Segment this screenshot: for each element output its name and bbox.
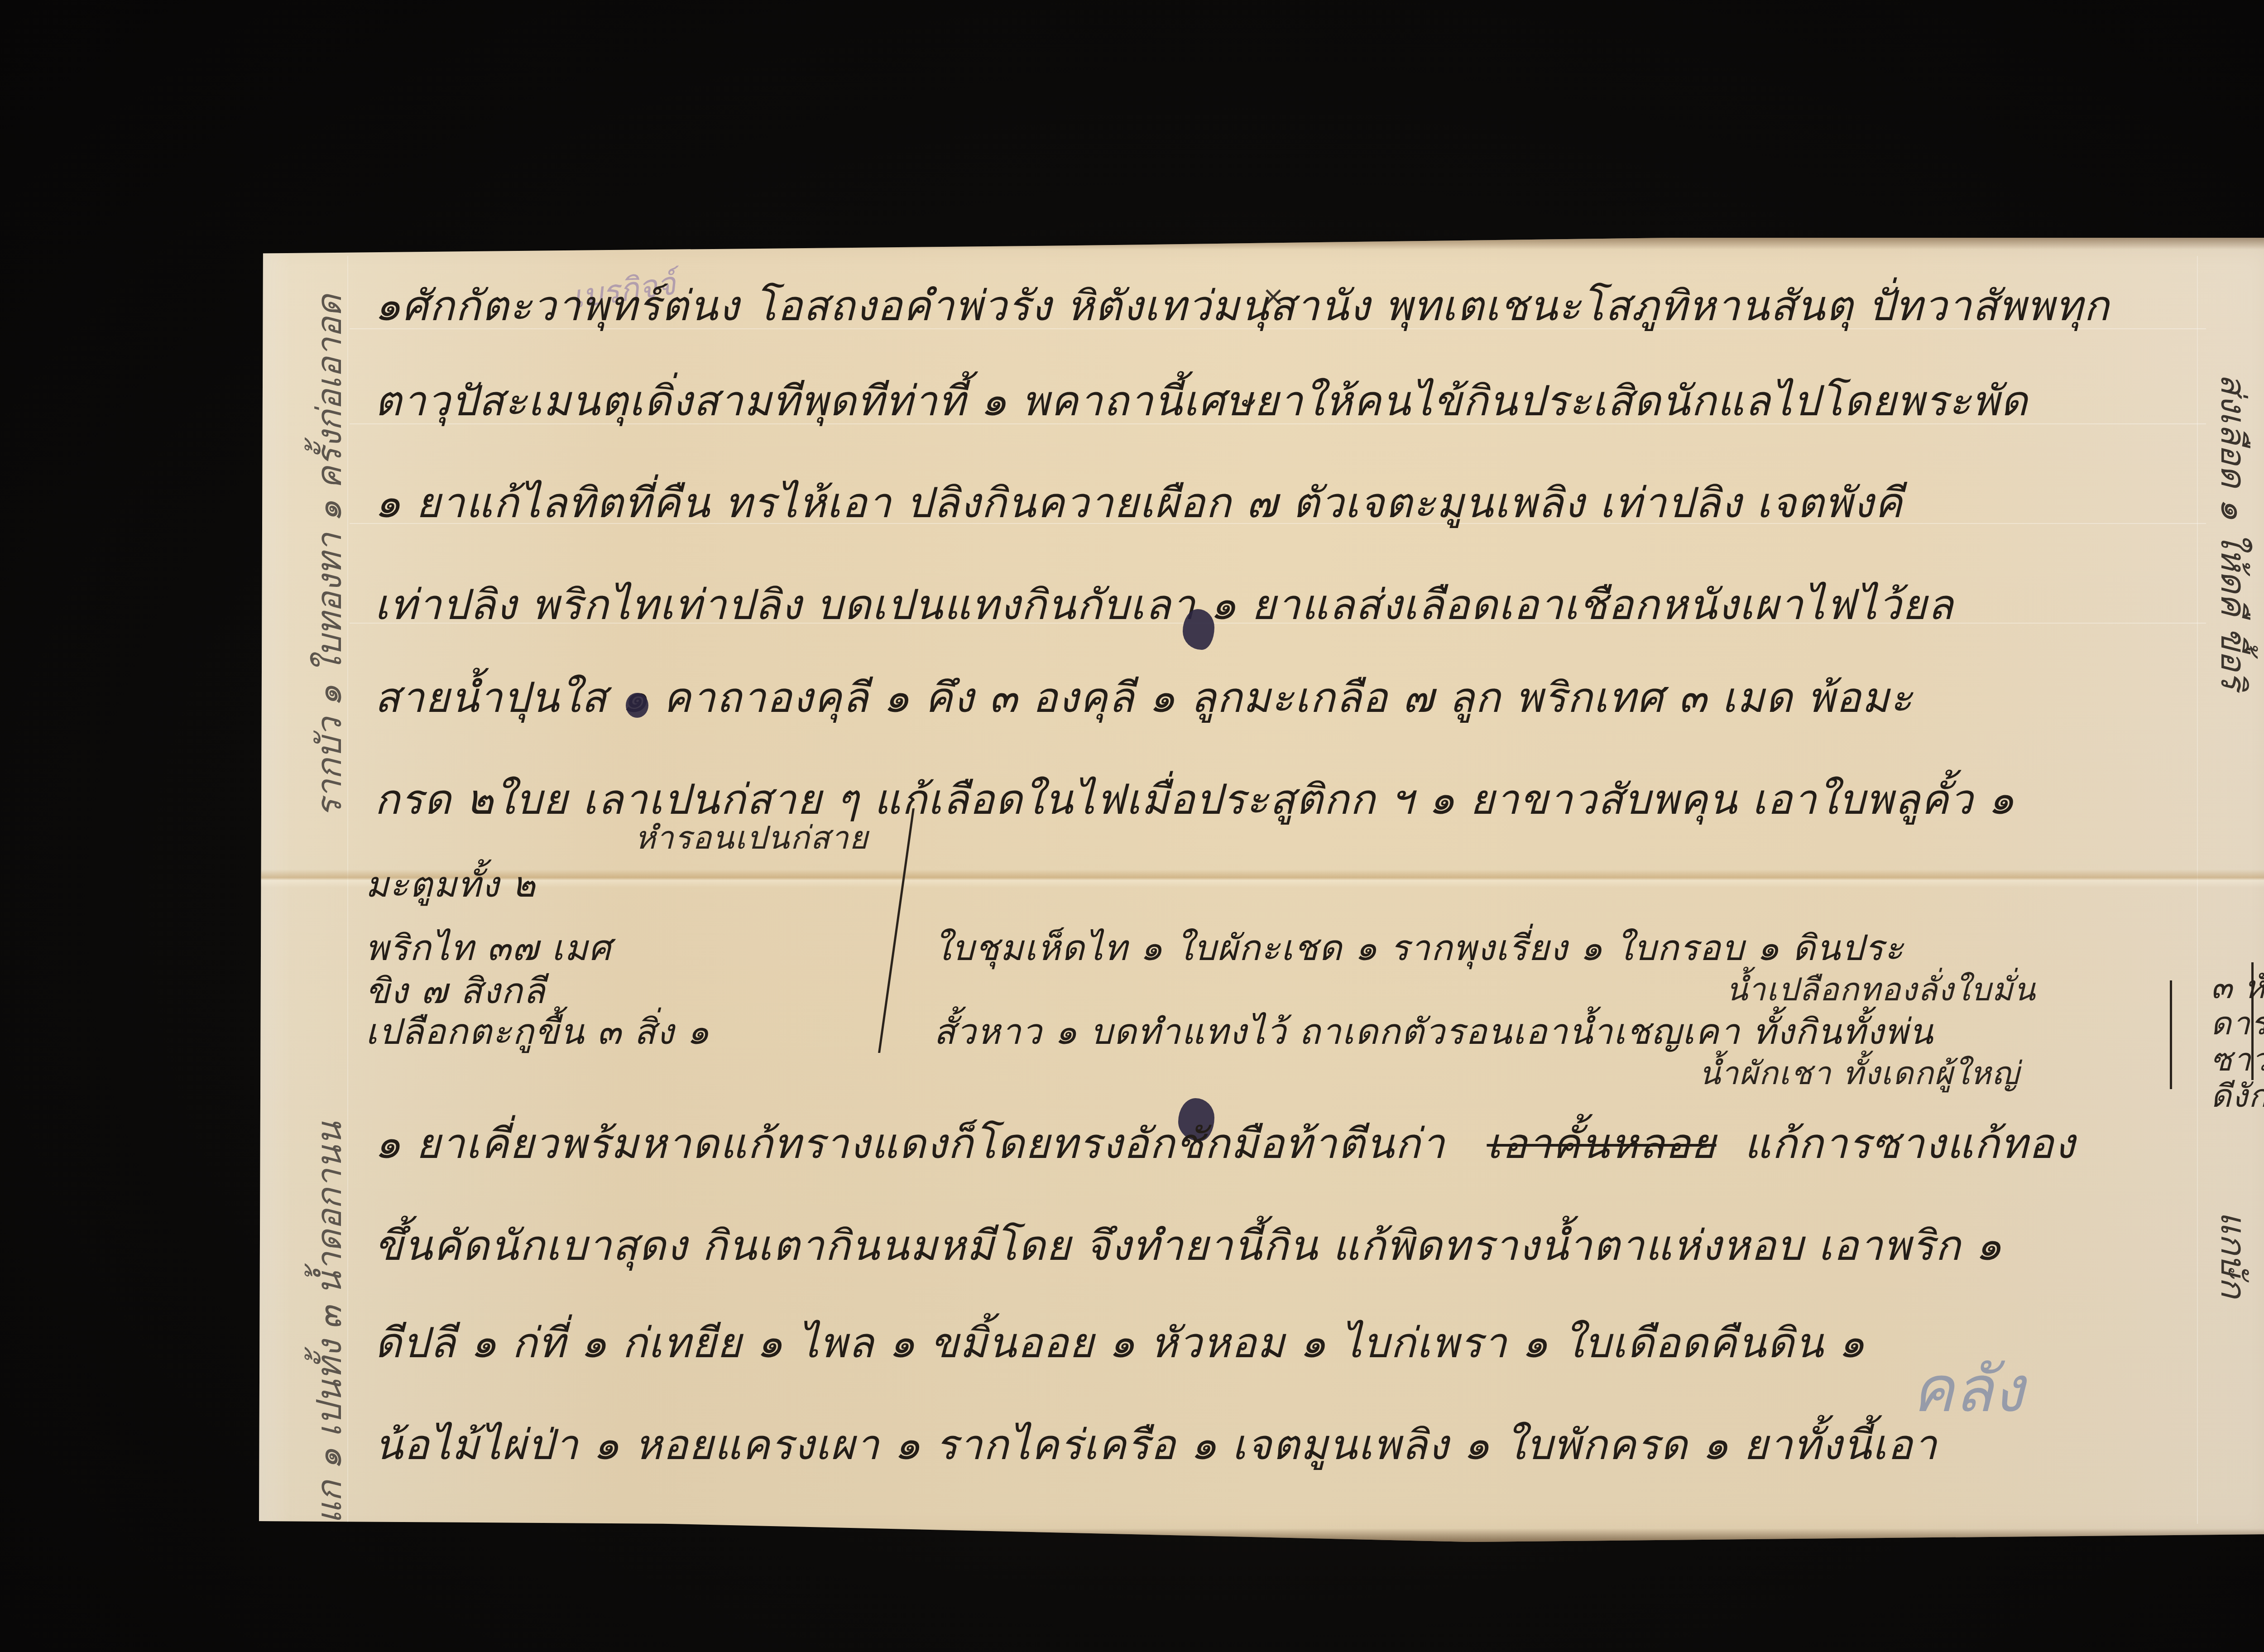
right-note-1: น้ำเปลือกทองลั่งใบมั่น: [1726, 974, 2036, 1005]
paper-bottom-edge: [259, 1528, 2264, 1542]
text-line-6: กรด ๒ใบย เลาเปนก่สาย ๆ แก้เลือดในไฟเมื่อ…: [374, 779, 2015, 821]
right-box-bracket: [2238, 962, 2254, 1080]
brace-line: [878, 808, 915, 1053]
left-margin-note-lower: แก ๑ เปนทั้ง ๓ น้ำดอกานน: [302, 1122, 356, 1524]
text-line-7-end: แก้การซางแก้ทอง: [1744, 1119, 2076, 1168]
paper-top-edge: [259, 238, 2264, 250]
ink-dot: [626, 693, 648, 718]
photo-scene: เบรกิจจ์ × ๑ศักกัตะวาพุทร์ต่นง โอสถงอคำพ…: [0, 0, 2264, 1652]
left-column-line-1: มะตูมทั้ง ๒: [365, 867, 536, 903]
note-bracket: [2161, 980, 2172, 1089]
right-margin-note-upper: ส่งเลือด ๑ ให้ดคื ขื้อริ: [2206, 374, 2260, 690]
left-column-line-2: พริกไท ๓๗ เมศ: [365, 931, 612, 966]
text-line-3: ๑ ยาแก้ไลทิตที่คืน ทรไห้เอา ปลิงกินควายเ…: [374, 482, 1903, 524]
paper-left-strip: [259, 238, 291, 1542]
right-box-note-1: ๓ หัว: [2211, 971, 2264, 1003]
right-note-2: น้ำผักเชา ทั้งเดกผู้ใหญ่: [1699, 1057, 2020, 1089]
left-margin-note-upper: รากบัว ๑ ใบทองทา ๑ ครั้งก่อเอาอด: [302, 295, 356, 817]
fold-crease: [259, 869, 2264, 888]
text-line-2: ตาวุปัสะเมนตุเดิ่งสามทีพุดทีท่าที้ ๑ พคา…: [374, 380, 2028, 422]
left-column-line-3: ขิง ๗ สิงกลี: [365, 974, 546, 1009]
left-column-line-4: เปลือกตะกูขื้น ๓ สิ่ง ๑: [365, 1014, 710, 1050]
margin-rule-right: [2197, 256, 2198, 1524]
right-box-note-3: ซาวซิ: [2211, 1044, 2264, 1076]
right-column-line-2: สั้วหาว ๑ บดทำแทงไว้ ถาเดกตัวรอนเอาน้ำเช…: [934, 1014, 1934, 1050]
text-line-1: ๑ศักกัตะวาพุทร์ต่นง โอสถงอคำพ่วรัง หิตัง…: [374, 285, 2110, 327]
text-line-8: ขึ้นคัดนักเบาสุดง กินเตากินนมหมีโดย จึงท…: [374, 1225, 2003, 1267]
right-box-note-4: ดีงัก: [2211, 1080, 2264, 1112]
struck-text: เอาคั้นหลอย: [1487, 1119, 1716, 1168]
text-line-5: สายน้ำปุนใส ๑ คาถาองคุลี ๑ คึง ๓ องคุลี …: [374, 677, 1913, 719]
text-line-7: ๑ ยาเคี่ยวพร้มหาดแก้ทรางแดงก็โดยทรงอักชั…: [374, 1123, 2076, 1165]
ink-blot: [1183, 609, 1214, 650]
text-line-7-main: ๑ ยาเคี่ยวพร้มหาดแก้ทรางแดงก็โดยทรงอักชั…: [374, 1119, 1445, 1168]
blue-pencil-note: คลัง: [1912, 1338, 2024, 1439]
interlinear-note: หำรอนเปนก่สาย: [635, 822, 869, 854]
text-line-9: ดีปลี ๑ ก่ที่ ๑ ก่เทยีย ๑ ไพล ๑ ขมิ้นออย…: [374, 1322, 1866, 1364]
text-line-4: เท่าปลิง พริกไทเท่าปลิง บดเปนแทงกินกับเล…: [374, 584, 1954, 626]
text-line-10: น้อไม้ไผ่ป่า ๑ หอยแครงเผา ๑ รากไคร่เครือ…: [374, 1424, 1938, 1466]
right-box-note-2: ดาร: [2211, 1008, 2264, 1039]
right-margin-note-lower: แกษัก: [2206, 1211, 2260, 1298]
manuscript-page: เบรกิจจ์ × ๑ศักกัตะวาพุทร์ต่นง โอสถงอคำพ…: [259, 238, 2264, 1542]
right-column-line-1: ใบชุมเห็ดไท ๑ ใบผักะเชด ๑ รากพุงเรี่ยง ๑…: [934, 931, 1904, 966]
